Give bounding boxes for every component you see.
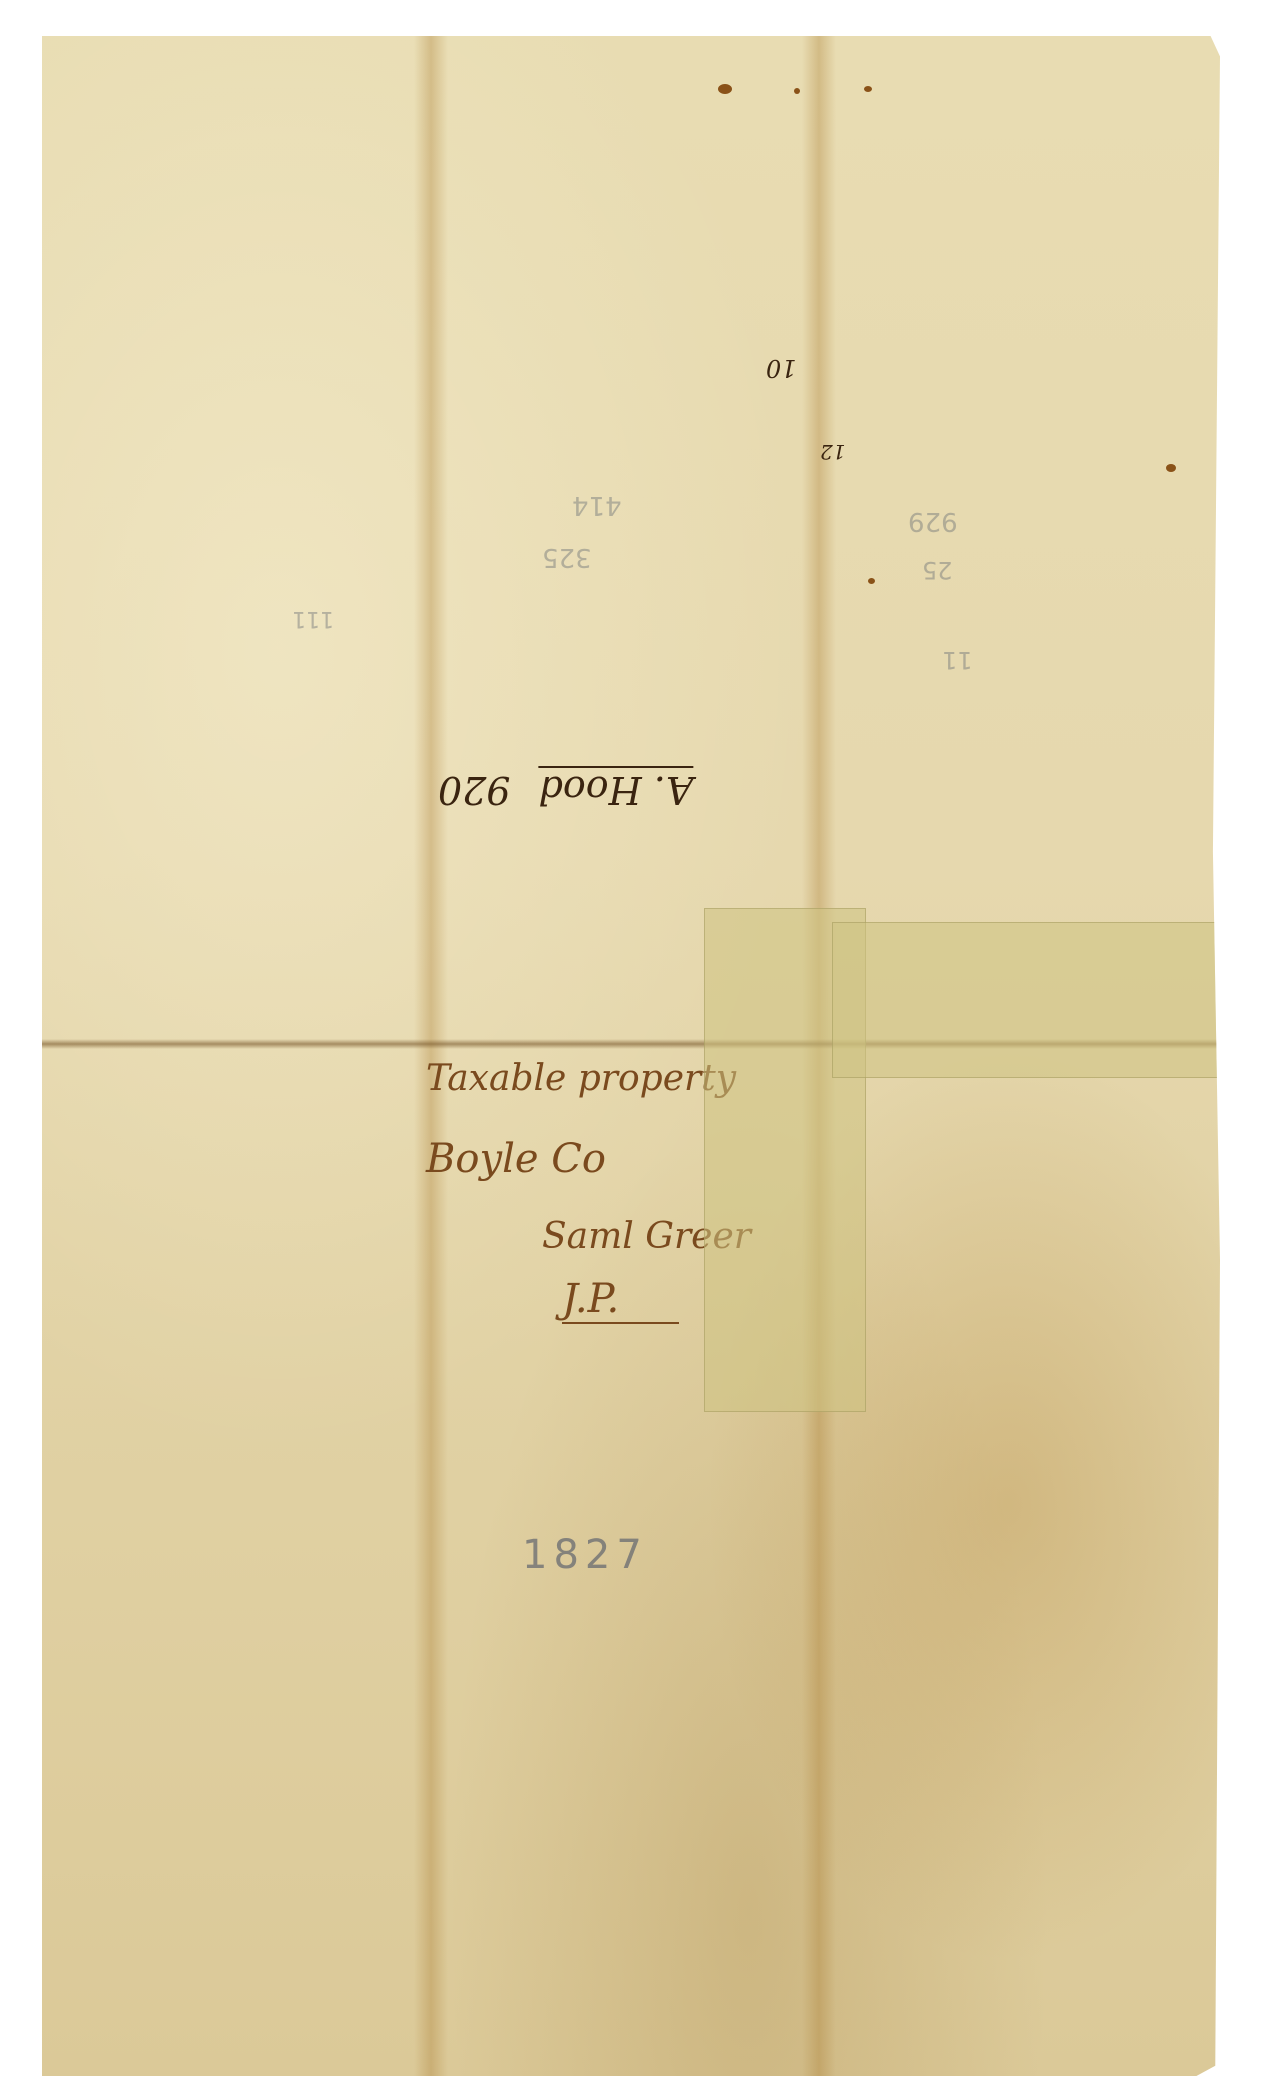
note-name-entry: A. Hood 920 — [438, 766, 693, 812]
ink-spot — [864, 86, 872, 92]
vertical-fold — [414, 36, 448, 2076]
pencil-figure: 111 — [292, 606, 334, 631]
pencil-figure: 11 — [942, 646, 973, 674]
ink-spot — [868, 578, 875, 584]
ink-spot — [718, 84, 732, 94]
note-name: A. Hood — [539, 766, 694, 812]
note-amount: 920 — [438, 766, 511, 812]
pencil-year: 1827 — [522, 1532, 648, 1578]
pencil-figure: 414 — [572, 490, 622, 520]
endorsement-line-2: Boyle Co — [426, 1136, 606, 1182]
note-number-10: 10 — [766, 354, 797, 382]
repair-tape-horizontal — [832, 922, 1224, 1078]
note-number-12: 12 — [820, 440, 845, 464]
pencil-figure: 325 — [542, 542, 592, 572]
signature-title: J.P. — [562, 1276, 679, 1324]
pencil-figure: 25 — [922, 556, 953, 584]
ink-spot — [794, 88, 800, 94]
endorsement-line-1: Taxable property — [426, 1058, 736, 1099]
pencil-figure: 929 — [908, 506, 958, 536]
ink-spot — [1166, 464, 1176, 472]
manuscript-page: 10 12 A. Hood 920 929 325 25 11 414 111 … — [42, 36, 1220, 2076]
